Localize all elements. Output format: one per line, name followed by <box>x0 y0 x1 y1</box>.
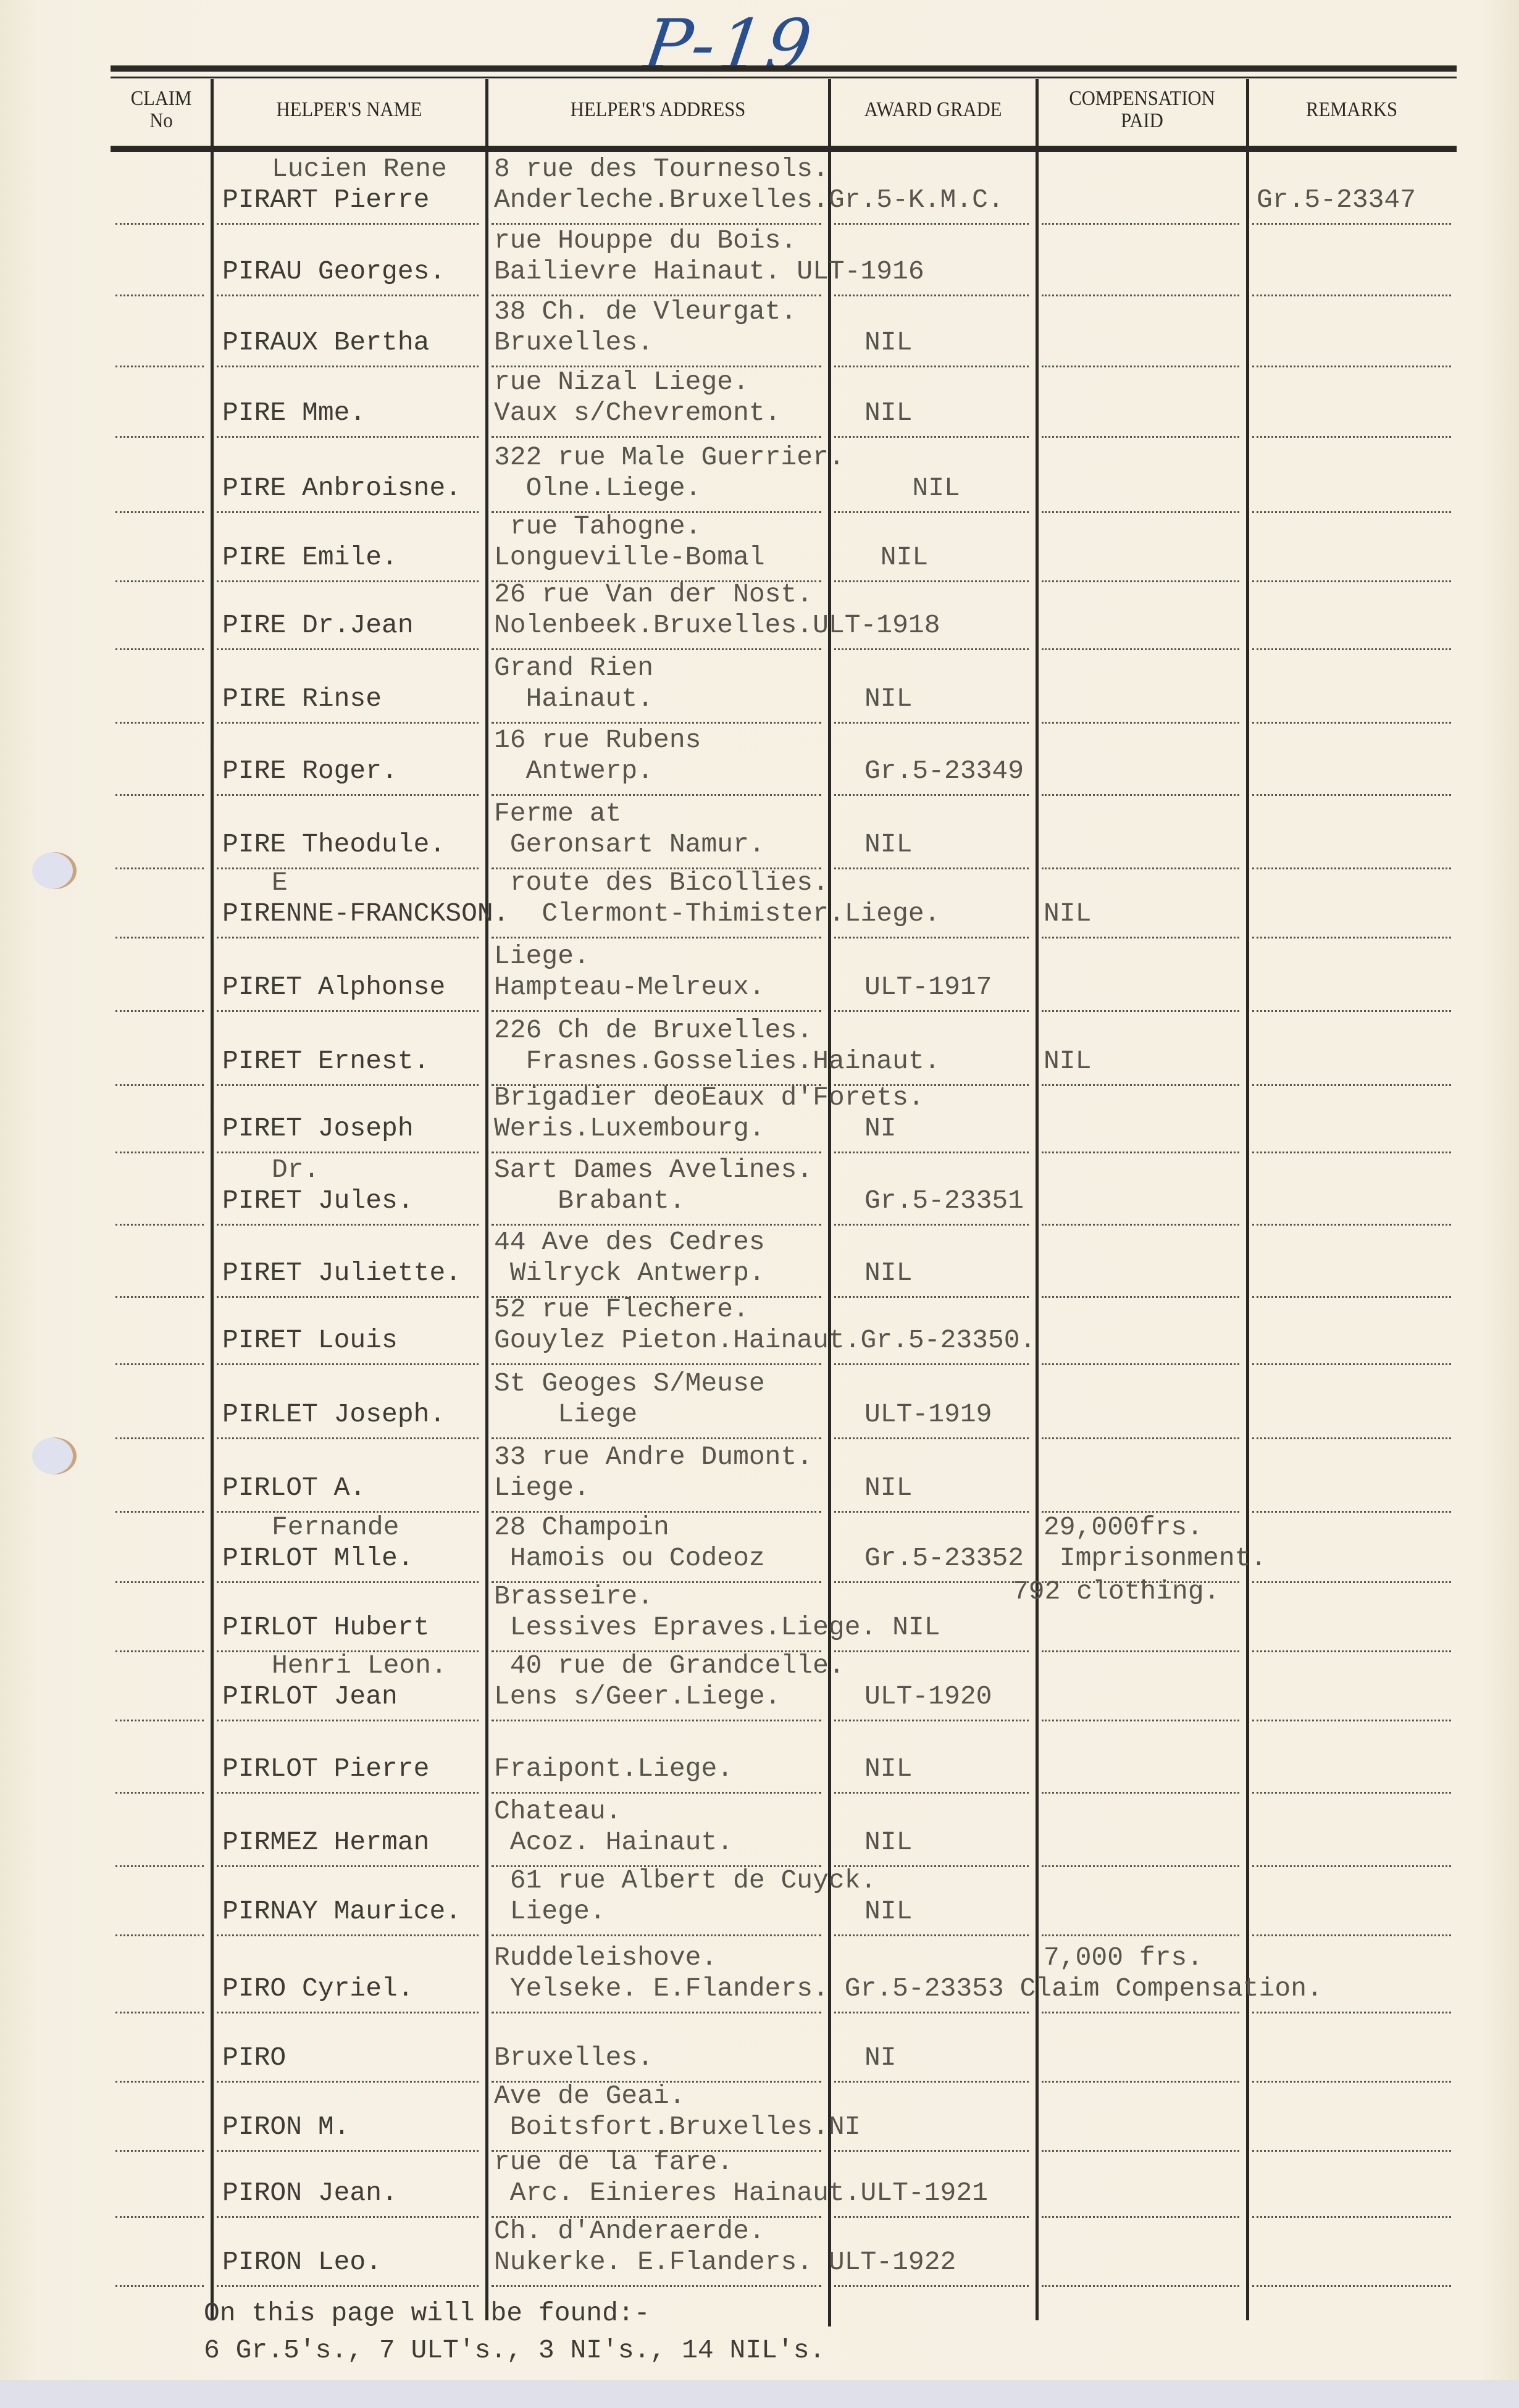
row-separator <box>1042 1792 1239 1794</box>
award-grade: NIL <box>864 1754 912 1784</box>
helper-address-line1: Ferme at <box>494 798 621 829</box>
row-separator <box>834 2150 1029 2152</box>
row-separator <box>834 937 1029 939</box>
row-separator <box>1042 937 1239 939</box>
helper-name-prefix: E <box>272 867 288 898</box>
helper-name: PIRE Rinse <box>222 684 382 714</box>
award-grade: Gr.5-23351 <box>864 1185 1024 1216</box>
col-header-compensation-paid: COMPENSATION PAID <box>1047 73 1237 147</box>
award-grade: Gr.5-23352 <box>864 1543 1024 1574</box>
row-separator <box>115 295 204 296</box>
row-separator <box>217 2285 479 2287</box>
col-header-helpers-name: HELPER'S NAME <box>225 73 473 147</box>
row-separator <box>115 867 204 869</box>
row-separator <box>1252 2285 1451 2287</box>
helper-address-line2: Olne.Liege. <box>494 473 701 504</box>
row-separator <box>1042 2285 1239 2287</box>
row-separator <box>1252 1437 1451 1439</box>
helper-address-line1: 28 Champoin <box>494 1512 669 1543</box>
row-separator <box>115 1296 204 1298</box>
row-separator <box>492 1152 821 1153</box>
row-separator <box>492 1720 821 1721</box>
row-separator <box>115 223 204 225</box>
col-header-award-grade: AWARD GRADE <box>840 73 1026 147</box>
row-separator <box>1042 511 1239 513</box>
row-separator <box>1252 1363 1451 1365</box>
row-separator <box>115 1437 204 1439</box>
helper-name: PIRON M. <box>222 2112 349 2143</box>
row-separator <box>217 1581 479 1583</box>
row-separator <box>217 722 479 724</box>
row-separator <box>1042 223 1239 225</box>
punch-hole-bottom <box>32 1437 77 1474</box>
award-grade: NIL <box>864 473 960 504</box>
row-separator <box>1252 1010 1451 1012</box>
row-separator <box>115 1934 204 1936</box>
row-separator <box>217 1224 479 1226</box>
helper-address-line2: Nolenbeek.Bruxelles.ULT-1918 <box>494 610 940 641</box>
helper-address-line2: Geronsart Namur. <box>494 829 765 860</box>
compensation-line2: NIL <box>1044 1046 1091 1077</box>
row-separator <box>1252 794 1451 796</box>
row-separator <box>834 1934 1029 1936</box>
helper-address-line2: Bruxelles. <box>494 327 653 358</box>
row-separator <box>834 223 1029 225</box>
row-separator <box>1252 722 1451 724</box>
helper-address-line1: St Geoges S/Meuse <box>494 1368 765 1399</box>
helper-address-line1: Ch. d'Anderaerde. <box>494 2216 765 2247</box>
compensation-line1: 29,000frs. <box>1044 1512 1203 1543</box>
row-separator <box>1252 937 1451 939</box>
row-separator <box>115 1650 204 1652</box>
row-separator <box>1252 1152 1451 1153</box>
helper-address-line2: Liege <box>494 1399 637 1430</box>
helper-address-line1: Brasseire. <box>494 1581 653 1612</box>
row-separator <box>834 1720 1029 1721</box>
row-separator <box>1252 648 1451 650</box>
row-separator <box>115 511 204 513</box>
row-separator <box>1252 511 1451 513</box>
helper-address-line1: rue Tahogne. <box>494 511 701 542</box>
row-separator <box>492 223 821 225</box>
row-separator <box>217 511 479 513</box>
row-separator <box>492 1363 821 1365</box>
helper-address-line2: Fraipont.Liege. <box>494 1754 733 1784</box>
row-separator <box>492 2012 821 2013</box>
row-separator <box>1252 1865 1451 1867</box>
helper-name: PIRENNE-FRANCKSON. <box>222 898 509 929</box>
helper-address-line1: 26 rue Van der Nost. <box>494 579 813 610</box>
helper-name: PIRLOT Mlle. <box>222 1543 414 1574</box>
col-header-helpers-address: HELPER'S ADDRESS <box>504 73 813 147</box>
helper-address-line2: Brabant. <box>494 1185 685 1216</box>
award-grade: NIL <box>864 398 912 429</box>
award-grade: NI <box>864 2042 897 2073</box>
row-separator <box>1042 366 1239 367</box>
helper-address-line2: Yelseke. E.Flanders. Gr.5-23353 Claim Co… <box>494 1973 1323 2004</box>
header-top-rule <box>111 65 1457 72</box>
row-separator <box>115 1224 204 1226</box>
row-separator <box>492 1010 821 1012</box>
helper-address-line1: 8 rue des Tournesols. <box>494 154 829 185</box>
helper-address-line2: Nukerke. E.Flanders. ULT-1922 <box>494 2247 956 2278</box>
row-separator <box>834 1792 1029 1794</box>
compensation-line3: 792 clothing. <box>1013 1576 1220 1607</box>
helper-name: PIRMEZ Herman <box>222 1827 429 1858</box>
row-separator <box>1252 1511 1451 1513</box>
helper-name: PIRLOT Jean <box>222 1681 398 1712</box>
row-separator <box>834 648 1029 650</box>
col-header-remarks: REMARKS <box>1258 73 1446 147</box>
helper-name: PIRART Pierre <box>222 185 429 215</box>
row-separator <box>492 2285 821 2287</box>
row-separator <box>1252 1224 1451 1226</box>
helper-name-prefix: Henri Leon. <box>272 1650 447 1681</box>
helper-name: PIRAUX Bertha <box>222 327 429 358</box>
helper-name: PIRE Anbroisne. <box>222 473 461 504</box>
row-separator <box>115 2081 204 2083</box>
row-separator <box>1042 1650 1239 1652</box>
row-separator <box>217 223 479 225</box>
row-separator <box>1252 295 1451 296</box>
row-separator <box>217 867 479 869</box>
row-separator <box>217 580 479 582</box>
row-separator <box>115 794 204 796</box>
helper-address-line2: Gouylez Pieton.Hainaut.Gr.5-23350. <box>494 1325 1036 1356</box>
row-separator <box>115 2285 204 2287</box>
row-separator <box>217 1296 479 1298</box>
helper-address-line2: Clermont-Thimister.Liege. <box>494 898 940 929</box>
row-separator <box>115 1010 204 1012</box>
row-separator <box>1252 1792 1451 1794</box>
helper-address-line1: 52 rue Flechere. <box>494 1294 749 1325</box>
helper-name: PIRET Jules. <box>222 1185 414 1216</box>
row-separator <box>1252 366 1451 367</box>
helper-name: PIRAU Georges. <box>222 256 445 287</box>
helper-address-line2: Hainaut. <box>494 684 653 714</box>
row-separator <box>834 1010 1029 1012</box>
row-separator <box>492 937 821 939</box>
column-divider-name <box>485 79 488 2320</box>
helper-address-line1: Chateau. <box>494 1796 621 1827</box>
helper-address-line1: Ruddeleishove. <box>494 1942 717 1973</box>
row-separator <box>834 2285 1029 2287</box>
row-separator <box>217 937 479 939</box>
helper-address-line1: rue Nizal Liege. <box>494 367 749 398</box>
helper-address-line1: 322 rue Male Guerrier. <box>494 442 845 473</box>
row-separator <box>834 1437 1029 1439</box>
award-grade: NIL <box>864 1827 912 1858</box>
row-separator <box>115 1581 204 1583</box>
row-separator <box>1042 722 1239 724</box>
row-separator <box>217 2216 479 2218</box>
helper-name: PIRO <box>222 2042 286 2073</box>
row-separator <box>834 295 1029 296</box>
helper-name-prefix: Fernande <box>272 1512 399 1543</box>
helper-address-line2: Longueville-Bomal <box>494 542 765 573</box>
row-separator <box>834 794 1029 796</box>
helper-address-line1: 40 rue de Grandcelle. <box>494 1650 845 1681</box>
row-separator <box>1252 436 1451 438</box>
row-separator <box>1042 1084 1239 1086</box>
helper-address-line1: Sart Dames Avelines. <box>494 1155 813 1185</box>
helper-name: PIRE Mme. <box>222 398 366 429</box>
helper-name: PIRE Roger. <box>222 756 398 787</box>
row-separator <box>115 580 204 582</box>
row-separator <box>1042 648 1239 650</box>
row-separator <box>1252 867 1451 869</box>
helper-address-line2: Acoz. Hainaut. <box>494 1827 733 1858</box>
helper-address-line2: Frasnes.Gosselies.Hainaut. <box>494 1046 940 1077</box>
row-separator <box>834 1296 1029 1298</box>
helper-address-line2: Lessives Epraves.Liege. NIL <box>494 1612 940 1643</box>
helper-address-line1: 44 Ave des Cedres <box>494 1227 765 1258</box>
helper-address-line2: Antwerp. <box>494 756 653 787</box>
row-separator <box>217 2081 479 2083</box>
helper-address-line1: Ave de Geai. <box>494 2081 685 2112</box>
helper-name: PIRLET Joseph. <box>222 1399 445 1430</box>
award-grade: NI <box>864 1113 897 1144</box>
helper-address-line1: 33 rue Andre Dumont. <box>494 1442 813 1473</box>
row-separator <box>492 794 821 796</box>
row-separator <box>834 2012 1029 2013</box>
helper-address-line1: 61 rue Albert de Cuyck. <box>494 1865 876 1896</box>
row-separator <box>834 2081 1029 2083</box>
helper-address-line1: Liege. <box>494 941 590 972</box>
row-separator <box>115 1511 204 1513</box>
row-separator <box>834 1581 1029 1583</box>
helper-address-line1: 16 rue Rubens <box>494 725 701 756</box>
award-grade: NIL <box>864 1896 912 1927</box>
row-separator <box>1252 2150 1451 2152</box>
row-separator <box>217 366 479 367</box>
helper-address-line2: Lens s/Geer.Liege. <box>494 1681 780 1712</box>
row-separator <box>115 1720 204 1721</box>
row-separator <box>115 366 204 367</box>
helper-name: PIRET Louis <box>222 1325 398 1356</box>
row-separator <box>115 722 204 724</box>
award-grade: NIL <box>864 327 912 358</box>
row-separator <box>217 1792 479 1794</box>
helper-name: PIRON Jean. <box>222 2178 398 2209</box>
row-separator <box>834 2216 1029 2218</box>
row-separator <box>1252 1296 1451 1298</box>
row-separator <box>217 1084 479 1086</box>
helper-name: PIRO Cyriel. <box>222 1973 414 2004</box>
helper-name: PIRE Theodule. <box>222 829 445 860</box>
row-separator <box>492 436 821 438</box>
helper-address-line2: Hampteau-Melreux. <box>494 972 765 1003</box>
row-separator <box>217 1720 479 1721</box>
award-grade: ULT-1917 <box>864 972 992 1003</box>
col-header-claim-no: CLAIM No <box>115 73 207 147</box>
row-separator <box>834 436 1029 438</box>
row-separator <box>834 1152 1029 1153</box>
footer-summary-heading: On this page will be found:- <box>204 2298 650 2328</box>
award-grade: NIL <box>864 1473 912 1503</box>
row-separator <box>492 1224 821 1226</box>
row-separator <box>1042 2081 1239 2083</box>
column-divider-claim <box>211 79 214 2320</box>
row-separator <box>1042 1224 1239 1226</box>
row-separator <box>834 722 1029 724</box>
helper-name: PIRNAY Maurice. <box>222 1896 461 1927</box>
helper-address-line2: Bruxelles. <box>494 2042 653 2073</box>
helper-name: PIRET Ernest. <box>222 1046 429 1077</box>
helper-name: PIRET Joseph <box>222 1113 414 1144</box>
helper-address-line2: Anderleche.Bruxelles.Gr.5-K.M.C. <box>494 185 1004 215</box>
row-separator <box>1042 1865 1239 1867</box>
row-separator <box>492 722 821 724</box>
row-separator <box>1042 1720 1239 1721</box>
row-separator <box>115 1152 204 1153</box>
row-separator <box>217 1152 479 1153</box>
row-separator <box>1042 794 1239 796</box>
helper-address-line2: Hamois ou Codeoz <box>494 1543 765 1574</box>
row-separator <box>834 1511 1029 1513</box>
row-separator <box>1252 2216 1451 2218</box>
helper-name: PIRET Alphonse <box>222 972 445 1003</box>
helper-address-line1: Grand Rien <box>494 653 653 684</box>
row-separator <box>115 2012 204 2013</box>
row-separator <box>834 1224 1029 1226</box>
punch-hole-top <box>32 852 77 889</box>
row-separator <box>1252 1581 1451 1583</box>
row-separator <box>115 2216 204 2218</box>
row-separator <box>115 648 204 650</box>
row-separator <box>1042 2150 1239 2152</box>
row-separator <box>1042 436 1239 438</box>
helper-address-line1: rue Houppe du Bois. <box>494 225 797 256</box>
row-separator <box>217 436 479 438</box>
helper-name: PIRLOT Pierre <box>222 1754 429 1784</box>
helper-name: PIRE Emile. <box>222 542 398 573</box>
row-separator <box>834 580 1029 582</box>
compensation-line1: 7,000 frs. <box>1044 1942 1203 1973</box>
row-separator <box>217 295 479 296</box>
row-separator <box>217 1363 479 1365</box>
award-grade: NIL <box>864 542 928 573</box>
row-separator <box>217 1934 479 1936</box>
row-separator <box>115 1792 204 1794</box>
row-separator <box>1252 580 1451 582</box>
row-separator <box>1042 580 1239 582</box>
row-separator <box>1252 2012 1451 2013</box>
row-separator <box>1042 1010 1239 1012</box>
award-grade: Gr.5-23349 <box>864 756 1024 787</box>
row-separator <box>1042 2216 1239 2218</box>
helper-address-line2: Wilryck Antwerp. <box>494 1258 765 1289</box>
compensation-line2: NIL <box>1044 898 1091 929</box>
row-separator <box>115 1084 204 1086</box>
row-separator <box>217 2150 479 2152</box>
row-separator <box>1042 295 1239 296</box>
row-separator <box>1252 1084 1451 1086</box>
row-separator <box>115 1865 204 1867</box>
helper-address-line1: 38 Ch. de Vleurgat. <box>494 296 797 327</box>
helper-address-line2: Vaux s/Chevremont. <box>494 398 780 429</box>
row-separator <box>217 1010 479 1012</box>
row-separator <box>217 1437 479 1439</box>
row-separator <box>1252 1934 1451 1936</box>
row-separator <box>492 1437 821 1439</box>
row-separator <box>115 2150 204 2152</box>
row-separator <box>217 648 479 650</box>
helper-address-line1: 226 Ch de Bruxelles. <box>494 1015 813 1046</box>
row-separator <box>1252 223 1451 225</box>
compensation-line2: Imprisonment. <box>1044 1543 1266 1574</box>
helper-address-line1: route des Bicollies. <box>494 867 829 898</box>
remarks: Gr.5-23347 <box>1257 185 1416 215</box>
helper-address-line2: Weris.Luxembourg. <box>494 1113 765 1144</box>
helper-address-line1: Brigadier deoEaux d'Forets. <box>494 1082 924 1113</box>
helper-address-line1: rue de la fare. <box>494 2147 733 2178</box>
helper-address-line2: Liege. <box>494 1896 606 1927</box>
row-separator <box>834 1650 1029 1652</box>
row-separator <box>217 1865 479 1867</box>
award-grade: NIL <box>864 1258 912 1289</box>
helper-name: PIRET Juliette. <box>222 1258 461 1289</box>
row-separator <box>1252 1650 1451 1652</box>
row-separator <box>1042 867 1239 869</box>
helper-name: PIRE Dr.Jean <box>222 610 414 641</box>
helper-address-line2: Liege. <box>494 1473 590 1503</box>
helper-name: PIRON Leo. <box>222 2247 382 2278</box>
row-separator <box>115 937 204 939</box>
helper-address-line2: Boitsfort.Bruxelles.NI <box>494 2112 861 2143</box>
row-separator <box>1042 1934 1239 1936</box>
helper-address-line2: Bailievre Hainaut. ULT-1916 <box>494 256 924 287</box>
row-separator <box>834 366 1029 367</box>
helper-name-prefix: Dr. <box>272 1155 319 1185</box>
row-separator <box>1042 1152 1239 1153</box>
row-separator <box>115 1363 204 1365</box>
row-separator <box>217 794 479 796</box>
row-separator <box>1042 2012 1239 2013</box>
award-grade: NIL <box>864 829 912 860</box>
helper-name: PIRLOT Hubert <box>222 1612 429 1643</box>
award-grade: NIL <box>864 684 912 714</box>
row-separator <box>1042 1296 1239 1298</box>
row-separator <box>492 1792 821 1794</box>
award-grade: ULT-1919 <box>864 1399 992 1430</box>
helper-name-prefix: Lucien Rene <box>272 154 447 185</box>
row-separator <box>834 1363 1029 1365</box>
row-separator <box>115 436 204 438</box>
helper-name: PIRLOT A. <box>222 1473 366 1503</box>
row-separator <box>1042 1363 1239 1365</box>
row-separator <box>217 2012 479 2013</box>
row-separator <box>834 867 1029 869</box>
row-separator <box>492 1934 821 1936</box>
row-separator <box>834 511 1029 513</box>
helper-address-line2: Arc. Einieres Hainaut.ULT-1921 <box>494 2178 988 2209</box>
row-separator <box>492 648 821 650</box>
row-separator <box>1252 1720 1451 1721</box>
award-grade: ULT-1920 <box>864 1681 992 1712</box>
scan-background <box>0 2380 1519 2408</box>
footer-summary-counts: 6 Gr.5's., 7 ULT's., 3 NI's., 14 NIL's. <box>204 2335 825 2365</box>
row-separator <box>1252 2081 1451 2083</box>
row-separator <box>1042 1437 1239 1439</box>
